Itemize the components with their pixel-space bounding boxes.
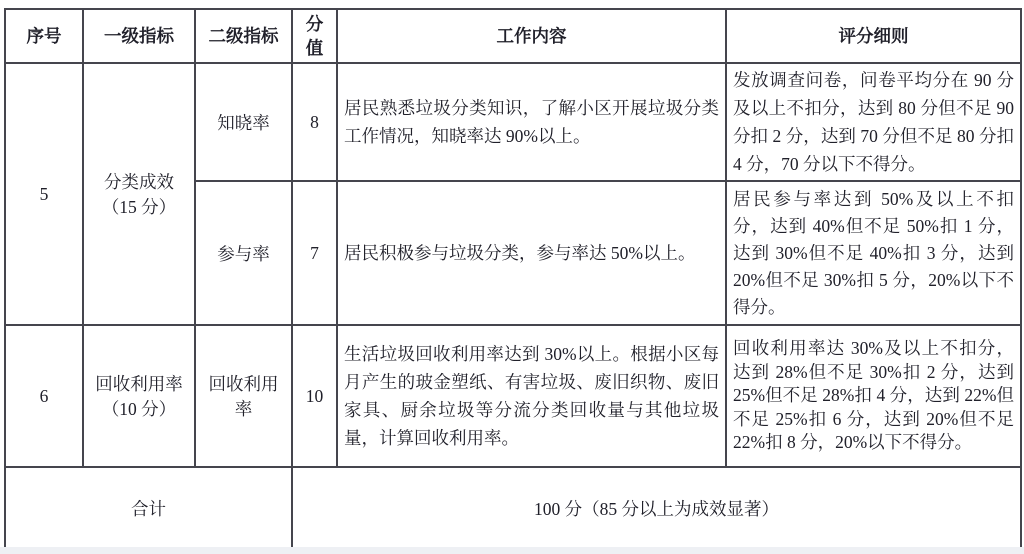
header-level1-indicator: 一级指标 bbox=[83, 9, 195, 63]
cell-content-awareness: 居民熟悉垃圾分类知识，了解小区开展垃圾分类工作情况，知晓率达 90%以上。 bbox=[337, 63, 726, 181]
cell-serial-6: 6 bbox=[5, 325, 83, 467]
cell-serial-5: 5 bbox=[5, 63, 83, 325]
header-serial-number: 序号 bbox=[5, 9, 83, 63]
cell-total-value: 100 分（85 分以上为成效显著） bbox=[292, 467, 1021, 549]
table-row-recycling-rate: 6 回收利用率 （10 分） 回收利用 率 10 生活垃圾回收利用率达到 30%… bbox=[5, 325, 1021, 467]
cell-score-8: 8 bbox=[292, 63, 337, 181]
cell-rules-awareness: 发放调查问卷，问卷平均分在 90 分及以上不扣分，达到 80 分但不足 90 分… bbox=[726, 63, 1021, 181]
header-work-content: 工作内容 bbox=[337, 9, 726, 63]
cell-level1-classification-effect: 分类成效 （15 分） bbox=[83, 63, 195, 325]
cell-content-participation: 居民积极参与垃圾分类，参与率达 50%以上。 bbox=[337, 181, 726, 325]
header-score: 分 值 bbox=[292, 9, 337, 63]
cell-rules-participation: 居民参与率达到 50%及以上不扣分，达到 40%但不足 50%扣 1 分，达到 … bbox=[726, 181, 1021, 325]
page-bottom-edge bbox=[0, 547, 1024, 554]
header-row: 序号 一级指标 二级指标 分 值 工作内容 评分细则 bbox=[5, 9, 1021, 63]
cell-level2-participation-rate: 参与率 bbox=[195, 181, 292, 325]
cell-level2-recycling-rate: 回收利用 率 bbox=[195, 325, 292, 467]
document-page: 序号 一级指标 二级指标 分 值 工作内容 评分细则 5 分类成效 （15 分）… bbox=[0, 0, 1024, 554]
table-row-awareness-rate: 5 分类成效 （15 分） 知晓率 8 居民熟悉垃圾分类知识，了解小区开展垃圾分… bbox=[5, 63, 1021, 181]
assessment-table: 序号 一级指标 二级指标 分 值 工作内容 评分细则 5 分类成效 （15 分）… bbox=[4, 8, 1022, 550]
cell-rules-recycling: 回收利用率达 30%及以上不扣分，达到 28%但不足 30%扣 2 分，达到 2… bbox=[726, 325, 1021, 467]
table-row-total: 合计 100 分（85 分以上为成效显著） bbox=[5, 467, 1021, 549]
cell-level1-recycling-rate: 回收利用率 （10 分） bbox=[83, 325, 195, 467]
cell-score-10: 10 bbox=[292, 325, 337, 467]
cell-total-label: 合计 bbox=[5, 467, 292, 549]
header-scoring-rules: 评分细则 bbox=[726, 9, 1021, 63]
header-level2-indicator: 二级指标 bbox=[195, 9, 292, 63]
cell-content-recycling: 生活垃圾回收利用率达到 30%以上。根据小区每月产生的玻金塑纸、有害垃圾、废旧织… bbox=[337, 325, 726, 467]
cell-level2-awareness-rate: 知晓率 bbox=[195, 63, 292, 181]
cell-score-7: 7 bbox=[292, 181, 337, 325]
